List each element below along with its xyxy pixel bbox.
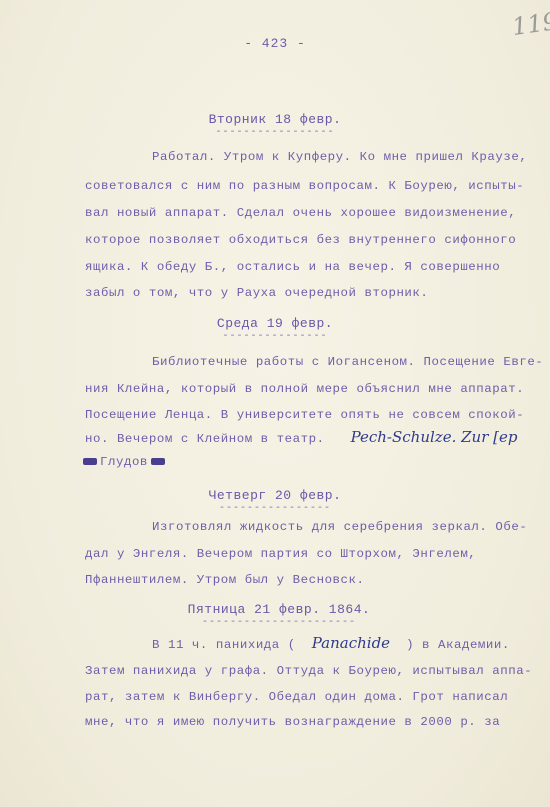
entry-line: Пфаннештилем. Утром был у Весновск.	[85, 573, 365, 587]
entry-line: ния Клейна, который в полной мере объясн…	[85, 382, 524, 396]
ink-blot-icon	[83, 458, 97, 465]
handwritten-folio-number: 119	[510, 7, 550, 41]
heading-underline: ----------------------	[4, 618, 550, 628]
entry-line: Посещение Ленца. В университете опять не…	[85, 408, 524, 422]
entry-line: рат, затем к Винбергу. Обедал один дома.…	[85, 690, 508, 704]
struck-line: Глудов	[80, 455, 168, 469]
ink-blot-icon	[151, 458, 165, 465]
typed-text: ) в Академии.	[406, 638, 510, 652]
document-page: - 423 - 119 Вторник 18 февр. -----------…	[0, 0, 550, 807]
handwritten-insert: Panachide	[312, 634, 390, 652]
entry-line: которое позволяет обходиться без внутрен…	[85, 233, 516, 247]
entry-line: дал у Энгеля. Вечером партия со Шторхом,…	[85, 547, 476, 561]
entry-heading-friday: Пятница 21 февр. 1864.	[4, 602, 550, 617]
entry-line-with-insert: но. Вечером с Клейном в театр. Pech-Schu…	[85, 428, 517, 446]
entry-line: Затем панихида у графа. Оттуда к Боурею,…	[85, 664, 532, 678]
entry-line: Библиотечные работы с Иогансеном. Посеще…	[152, 355, 543, 369]
entry-heading-tuesday: Вторник 18 февр.	[0, 112, 550, 127]
entry-heading-thursday: Четверг 20 февр.	[0, 488, 550, 503]
entry-line: Работал. Утром к Купферу. Ко мне пришел …	[152, 150, 527, 164]
page-number: - 423 -	[0, 36, 550, 51]
typed-text: В 11 ч. панихида (	[152, 638, 296, 652]
heading-underline: -----------------	[0, 128, 550, 138]
struck-text: Глудов	[100, 455, 148, 469]
handwritten-insert: Pech-Schulze. Zur [ep	[351, 428, 518, 446]
heading-underline: ---------------	[0, 332, 550, 342]
typed-text: но. Вечером с Клейном в театр.	[85, 432, 325, 446]
entry-line-with-insert: В 11 ч. панихида ( Panachide ) в Академи…	[152, 634, 510, 652]
entry-heading-wednesday: Среда 19 февр.	[0, 316, 550, 331]
heading-underline: ----------------	[0, 504, 550, 514]
entry-line: советовался с ним по разным вопросам. К …	[85, 179, 524, 193]
entry-line: Изготовлял жидкость для серебрения зерка…	[152, 520, 527, 534]
entry-line: вал новый аппарат. Сделал очень хорошее …	[85, 206, 516, 220]
entry-line: мне, что я имею получить вознаграждение …	[85, 715, 500, 729]
entry-line: ящика. К обеду Б., остались и на вечер. …	[85, 260, 500, 274]
entry-line: забыл о том, что у Рауха очередной вторн…	[85, 286, 428, 300]
